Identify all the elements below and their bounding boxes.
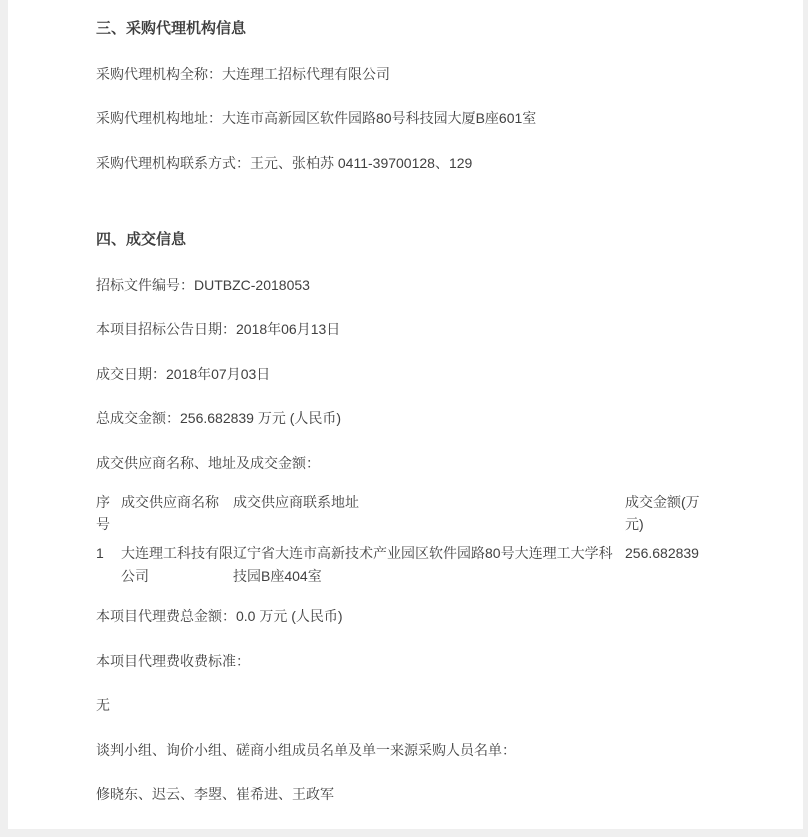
- cell-supplier-address: 辽宁省大连市高新技术产业园区软件园路80号大连理工大学科技园B座404室: [233, 535, 625, 588]
- total-award-amount: 总成交金额：256.682839 万元 (人民币): [96, 409, 763, 427]
- award-table-row: 1 大连理工科技有限公司 辽宁省大连市高新技术产业园区软件园路80号大连理工大学…: [96, 535, 705, 588]
- award-date: 成交日期：2018年07月03日: [96, 365, 763, 383]
- supplier-table-intro: 成交供应商名称、地址及成交金额：: [96, 454, 763, 472]
- award-table: 序号 成交供应商名称 成交供应商联系地址 成交金额(万元) 1 大连理工科技有限…: [96, 491, 705, 588]
- notice-body: 三、采购代理机构信息 采购代理机构全称：大连理工招标代理有限公司 采购代理机构地…: [8, 0, 803, 803]
- content-surface: 三、采购代理机构信息 采购代理机构全称：大连理工招标代理有限公司 采购代理机构地…: [8, 0, 803, 829]
- panel-members-names: 修晓东、迟云、李曌、崔希进、王政军: [96, 785, 763, 803]
- bid-document-number: 招标文件编号：DUTBZC-2018053: [96, 276, 763, 294]
- agency-fee-total: 本项目代理费总金额：0.0 万元 (人民币): [96, 607, 763, 625]
- agency-fee-standard-value: 无: [96, 696, 763, 714]
- agency-full-name: 采购代理机构全称：大连理工招标代理有限公司: [96, 65, 763, 83]
- header-award-amount: 成交金额(万元): [625, 491, 705, 535]
- agency-contact: 采购代理机构联系方式：王元、张柏苏 0411-39700128、129: [96, 154, 763, 172]
- agency-fee-standard-label: 本项目代理费收费标准：: [96, 652, 763, 670]
- panel-members-label: 谈判小组、询价小组、磋商小组成员名单及单一来源采购人员名单：: [96, 741, 763, 759]
- agency-address: 采购代理机构地址：大连市高新园区软件园路80号科技园大厦B座601室: [96, 109, 763, 127]
- page-background: { "page": { "background_color": "#efefef…: [0, 0, 808, 837]
- cell-supplier-name: 大连理工科技有限公司: [121, 535, 233, 588]
- award-table-header-row: 序号 成交供应商名称 成交供应商联系地址 成交金额(万元): [96, 491, 705, 535]
- section-heading-award-info: 四、成交信息: [96, 231, 763, 249]
- header-serial-number: 序号: [96, 491, 121, 535]
- cell-award-amount: 256.682839: [625, 535, 705, 588]
- cell-serial-number: 1: [96, 535, 121, 588]
- header-supplier-address: 成交供应商联系地址: [233, 491, 625, 535]
- header-supplier-name: 成交供应商名称: [121, 491, 233, 535]
- announcement-date: 本项目招标公告日期：2018年06月13日: [96, 320, 763, 338]
- section-heading-agency-info: 三、采购代理机构信息: [96, 20, 763, 38]
